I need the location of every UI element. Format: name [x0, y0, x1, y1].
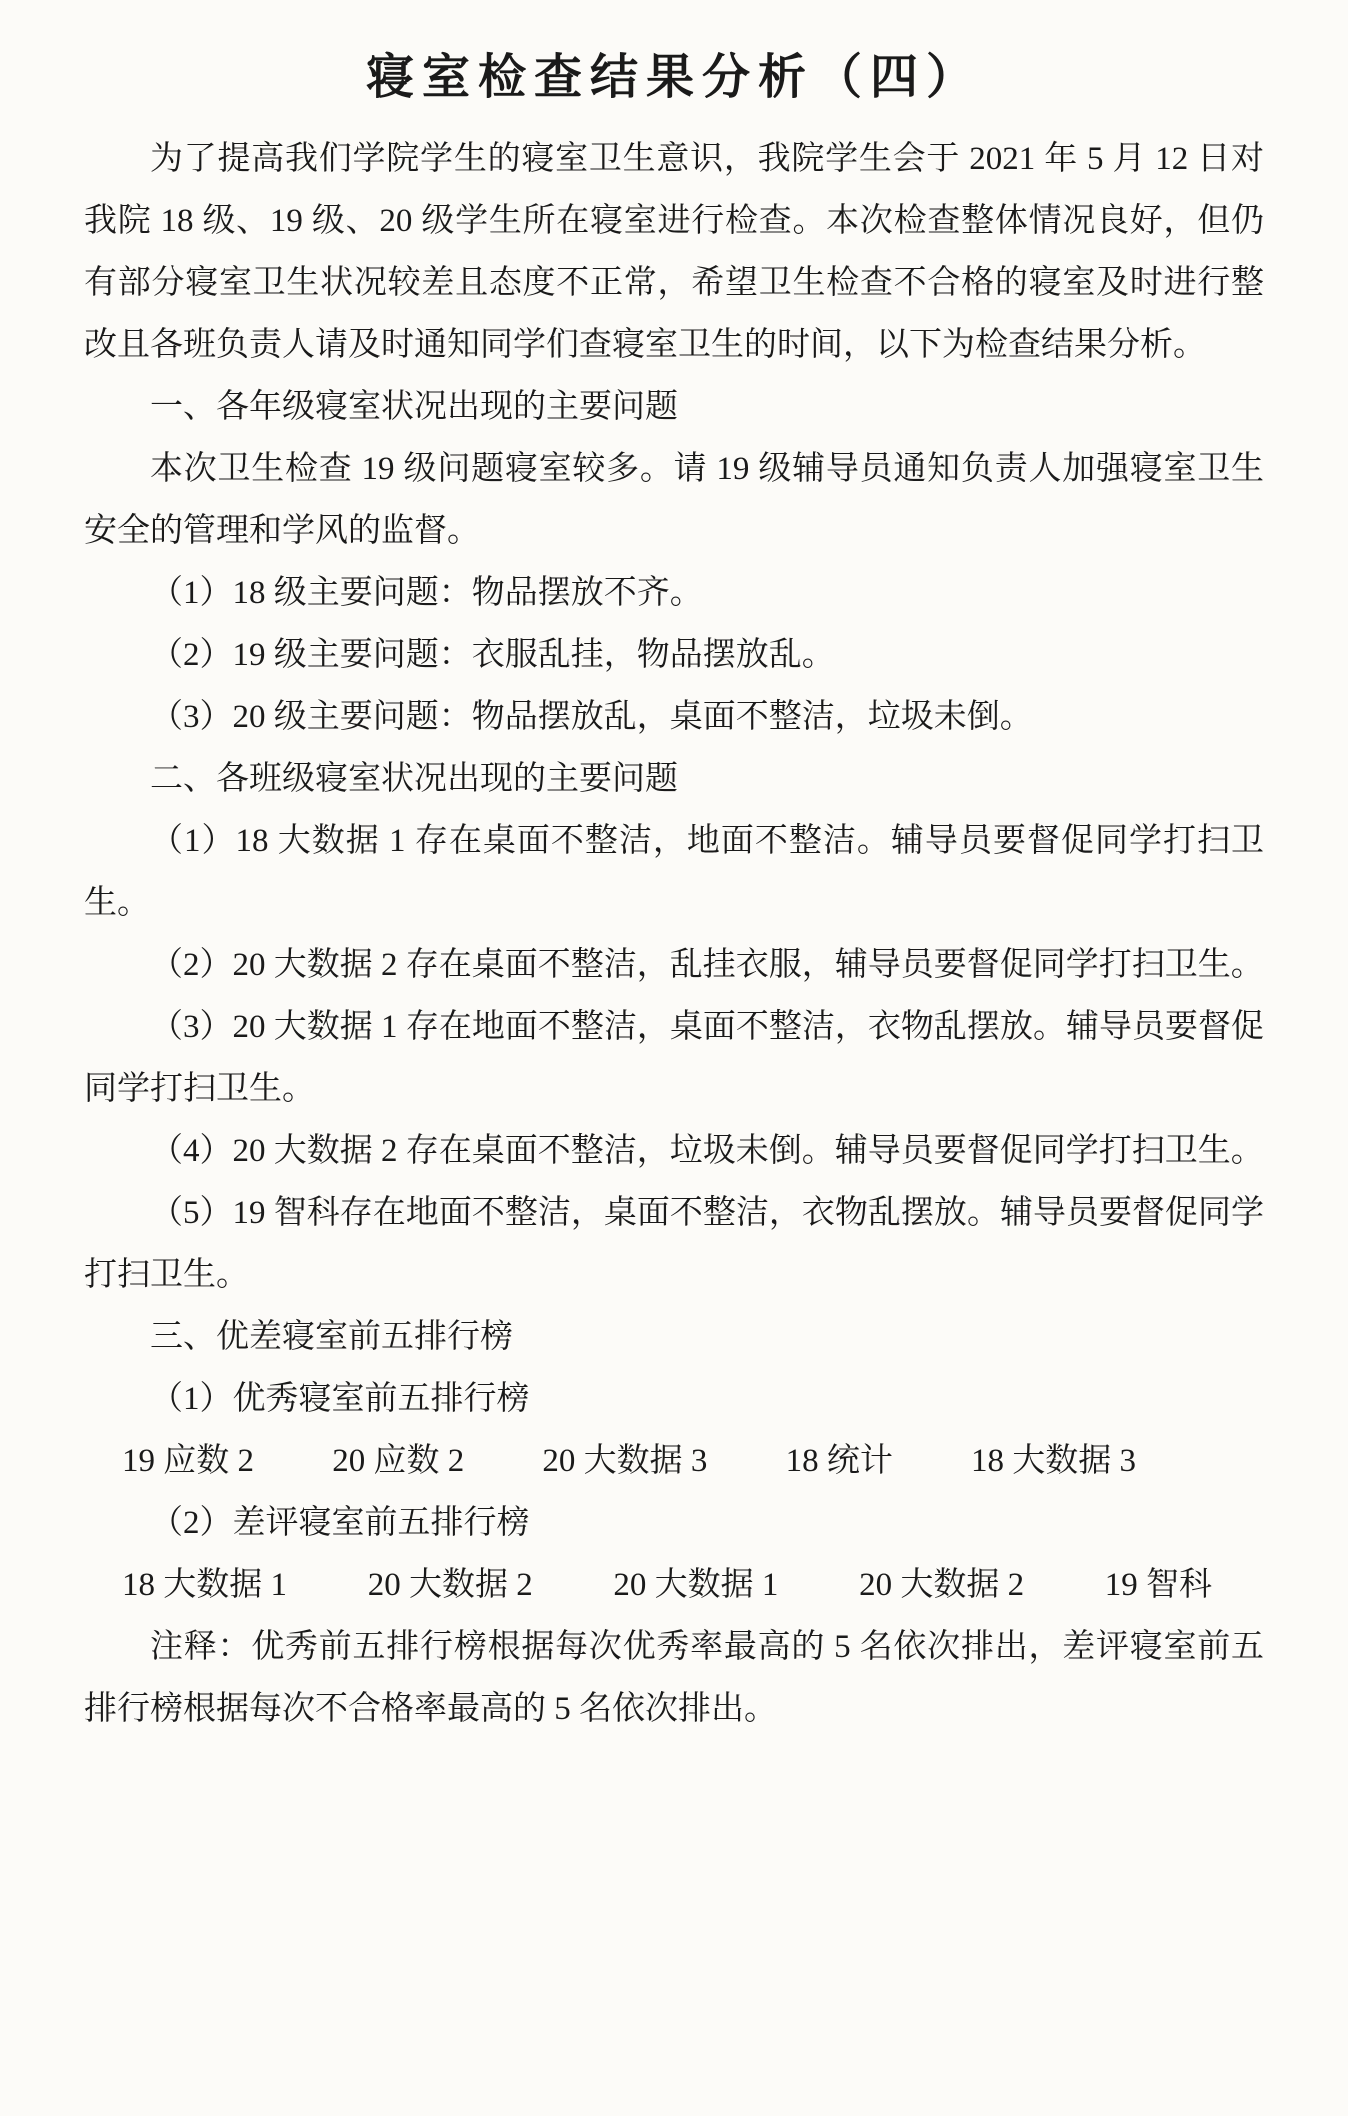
intro-paragraph: 为了提高我们学院学生的寝室卫生意识，我院学生会于 2021 年 5 月 12 日… [84, 128, 1264, 376]
section1-item: （1）18 级主要问题：物品摆放不齐。 [84, 562, 1264, 624]
ranking-item: 20 大数据 3 [542, 1430, 707, 1492]
scanned-document-page: 寝室检查结果分析（四） 为了提高我们学院学生的寝室卫生意识，我院学生会于 202… [0, 0, 1348, 2116]
ranking-item: 20 大数据 2 [859, 1554, 1024, 1616]
ranking-item: 18 大数据 3 [971, 1430, 1136, 1492]
ranking-item: 20 应数 2 [332, 1430, 464, 1492]
section1-item: （2）19 级主要问题：衣服乱挂，物品摆放乱。 [84, 624, 1264, 686]
ranking-item: 19 智科 [1105, 1554, 1212, 1616]
section3-heading: 三、优差寝室前五排行榜 [84, 1306, 1264, 1368]
top5-good-subheading: （1）优秀寝室前五排行榜 [84, 1368, 1264, 1430]
ranking-item: 18 大数据 1 [122, 1554, 287, 1616]
note-paragraph: 注释：优秀前五排行榜根据每次优秀率最高的 5 名依次排出，差评寝室前五排行榜根据… [84, 1616, 1264, 1740]
section1-item: （3）20 级主要问题：物品摆放乱，桌面不整洁，垃圾未倒。 [84, 686, 1264, 748]
ranking-item: 20 大数据 2 [368, 1554, 533, 1616]
section2-item: （3）20 大数据 1 存在地面不整洁，桌面不整洁，衣物乱摆放。辅导员要督促同学… [84, 996, 1264, 1120]
top5-bad-subheading: （2）差评寝室前五排行榜 [84, 1492, 1264, 1554]
ranking-item: 19 应数 2 [122, 1430, 254, 1492]
top5-good-row: 19 应数 2 20 应数 2 20 大数据 3 18 统计 18 大数据 3 [84, 1430, 1264, 1492]
section2-heading: 二、各班级寝室状况出现的主要问题 [84, 748, 1264, 810]
ranking-item: 20 大数据 1 [613, 1554, 778, 1616]
section2-item: （4）20 大数据 2 存在桌面不整洁，垃圾未倒。辅导员要督促同学打扫卫生。 [84, 1120, 1264, 1182]
top5-bad-row: 18 大数据 1 20 大数据 2 20 大数据 1 20 大数据 2 19 智… [84, 1554, 1264, 1616]
section1-heading: 一、各年级寝室状况出现的主要问题 [84, 376, 1264, 438]
document-title: 寝室检查结果分析（四） [84, 42, 1264, 114]
section2-item: （2）20 大数据 2 存在桌面不整洁，乱挂衣服，辅导员要督促同学打扫卫生。 [84, 934, 1264, 996]
section2-item: （5）19 智科存在地面不整洁，桌面不整洁，衣物乱摆放。辅导员要督促同学打扫卫生… [84, 1182, 1264, 1306]
ranking-item: 18 统计 [786, 1430, 893, 1492]
section1-lead: 本次卫生检查 19 级问题寝室较多。请 19 级辅导员通知负责人加强寝室卫生安全… [84, 438, 1264, 562]
section2-item: （1）18 大数据 1 存在桌面不整洁，地面不整洁。辅导员要督促同学打扫卫生。 [84, 810, 1264, 934]
